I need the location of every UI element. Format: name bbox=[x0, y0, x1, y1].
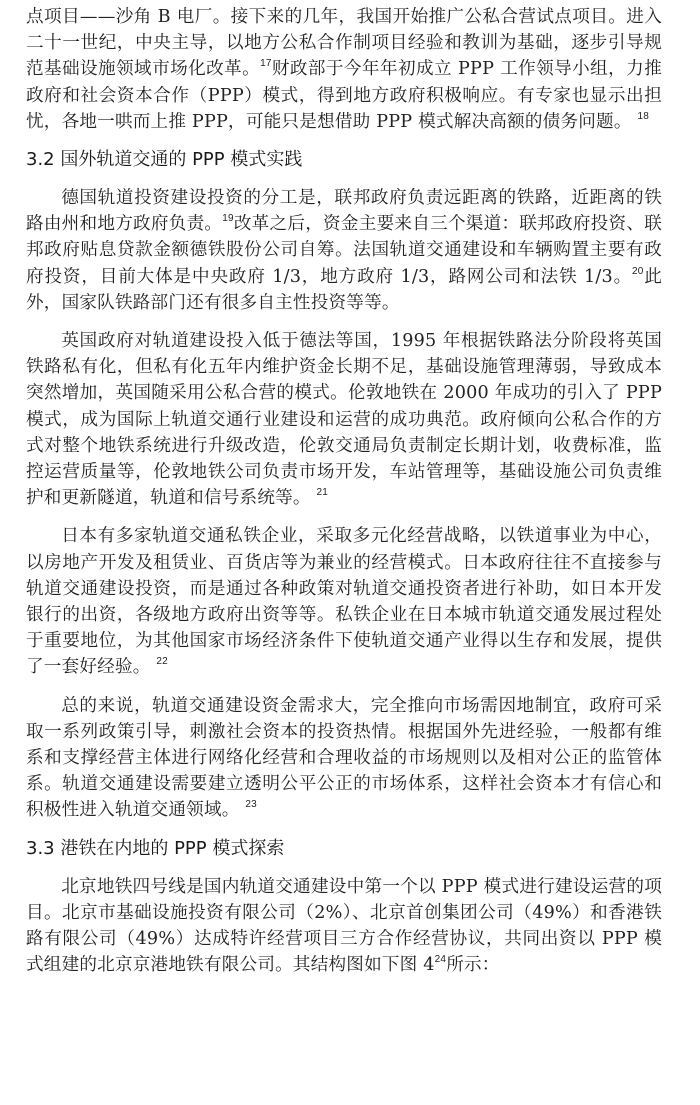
footnote-ref[interactable]: 21 bbox=[317, 487, 329, 498]
section-heading-3-2: 3.2 国外轨道交通的 PPP 模式实践 bbox=[26, 147, 662, 173]
footnote-ref[interactable]: 23 bbox=[245, 799, 257, 810]
paragraph-summary: 总的来说，轨道交通建设资金需求大，完全推向市场需因地制宜，政府可采取一系列政策引… bbox=[26, 693, 662, 824]
footnote-ref[interactable]: 20 bbox=[632, 266, 644, 277]
paragraph-text: 北京地铁四号线是国内轨道交通建设中第一个以 PPP 模式进行建设运营的项目。北京… bbox=[26, 877, 662, 976]
paragraph-gap bbox=[26, 316, 662, 328]
paragraph-text: 所示： bbox=[446, 955, 499, 975]
paragraph-japan: 日本有多家轨道交通私铁企业，采取多元化经营战略，以铁道事业为中心，以房地产开发及… bbox=[26, 523, 662, 680]
section-heading-3-3: 3.3 港铁在内地的 PPP 模式探索 bbox=[26, 836, 662, 862]
paragraph-uk-london: 英国政府对轨道建设投入低于德法等国，1995 年根据铁路法分阶段将英国铁路私有化… bbox=[26, 328, 662, 511]
footnote-ref[interactable]: 18 bbox=[637, 111, 649, 122]
footnote-ref[interactable]: 17 bbox=[260, 58, 272, 69]
paragraph-beijing-line4: 北京地铁四号线是国内轨道交通建设中第一个以 PPP 模式进行建设运营的项目。北京… bbox=[26, 874, 662, 979]
paragraph-gap bbox=[26, 681, 662, 693]
paragraph-germany-france: 德国轨道投资建设投资的分工是，联邦政府负责远距离的铁路，近距离的铁路由州和地方政… bbox=[26, 185, 662, 316]
footnote-ref[interactable]: 22 bbox=[156, 656, 168, 667]
document-page: 点项目——沙角 B 电厂。接下来的几年，我国开始推广公私合营试点项目。进入二十一… bbox=[26, 4, 662, 979]
paragraph-text: 日本有多家轨道交通私铁企业，采取多元化经营战略，以铁道事业为中心，以房地产开发及… bbox=[26, 526, 662, 677]
footnote-ref[interactable]: 24 bbox=[435, 954, 447, 965]
paragraph-text: 总的来说，轨道交通建设资金需求大，完全推向市场需因地制宜，政府可采取一系列政策引… bbox=[26, 696, 662, 821]
footnote-ref[interactable]: 19 bbox=[222, 213, 234, 224]
paragraph-gap bbox=[26, 511, 662, 523]
paragraph-text: 英国政府对轨道建设投入低于德法等国，1995 年根据铁路法分阶段将英国铁路私有化… bbox=[26, 331, 662, 508]
paragraph-ppp-china-history: 点项目——沙角 B 电厂。接下来的几年，我国开始推广公私合营试点项目。进入二十一… bbox=[26, 4, 662, 135]
